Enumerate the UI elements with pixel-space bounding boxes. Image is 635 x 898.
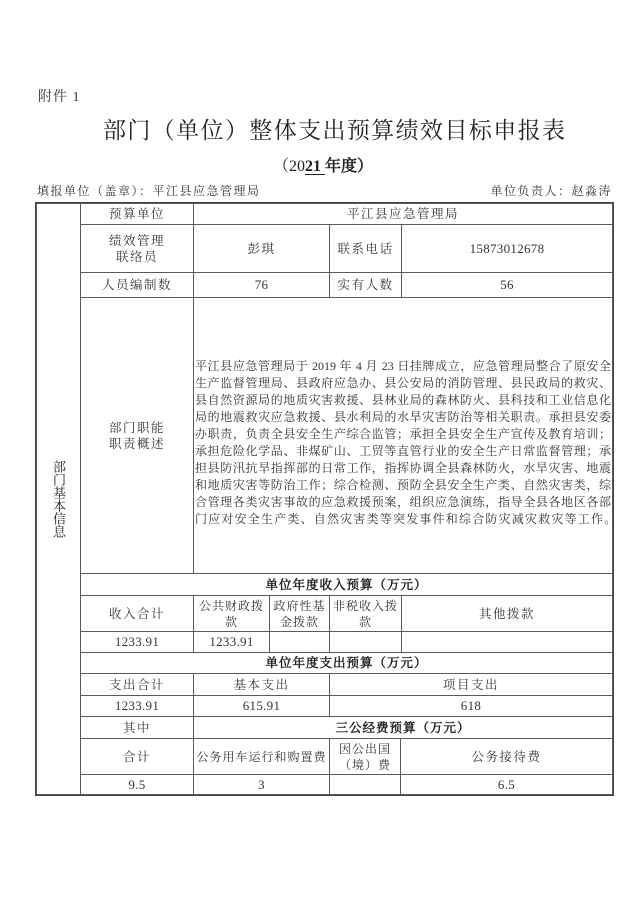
duties-description: 平江县应急管理局于 2019 年 4 月 23 日挂牌成立，应急管理局整合了原安… bbox=[195, 358, 611, 528]
three-public-section-title: 三公经费预算（万元） bbox=[193, 716, 613, 739]
income-header-gov-fund: 政府性基 金拨款 bbox=[269, 595, 330, 632]
three-public-header-vehicle: 公务用车运行和购置费 bbox=[193, 738, 330, 775]
three-public-value-reception: 6.5 bbox=[400, 774, 613, 795]
page-title: 部门（单位）整体支出预算绩效目标申报表 bbox=[103, 116, 565, 146]
year-prefix: （20 bbox=[273, 158, 305, 175]
actual-staff-value: 56 bbox=[401, 272, 613, 298]
income-header-public-finance: 公共财政拨 款 bbox=[193, 595, 270, 632]
duties-cell: 平江县应急管理局于 2019 年 4 月 23 日挂牌成立，应急管理局整合了原安… bbox=[193, 297, 613, 574]
filing-unit-value: 平江县应急管理局 bbox=[153, 184, 261, 198]
responsible-person: 单位负责人：赵淼涛 bbox=[490, 182, 612, 199]
income-header-non-tax: 非税收入拨 款 bbox=[329, 595, 402, 632]
duties-label: 部门职能 职责概述 bbox=[80, 297, 194, 574]
liaison-value: 彭琪 bbox=[193, 224, 330, 273]
year-subtitle: （2021 年度） bbox=[262, 156, 384, 178]
three-public-value-total: 9.5 bbox=[80, 774, 194, 795]
three-public-value-vehicle: 3 bbox=[193, 774, 330, 795]
income-value-total: 1233.91 bbox=[80, 631, 194, 653]
duties-line: 承担危险化学品、非煤矿山、工贸等直管行业的安全生产日常监督管理；承 bbox=[195, 443, 611, 460]
budget-unit-value: 平江县应急管理局 bbox=[193, 203, 613, 225]
year-underlined: 21 bbox=[305, 158, 325, 175]
liaison-label: 绩效管理 联络员 bbox=[80, 224, 194, 273]
income-value-public-finance: 1233.91 bbox=[193, 631, 270, 653]
income-header-other: 其他拨款 bbox=[401, 595, 613, 632]
phone-value: 15873012678 bbox=[401, 224, 613, 273]
staff-quota-label: 人员编制数 bbox=[80, 272, 194, 298]
expense-value-total: 1233.91 bbox=[80, 695, 194, 717]
expense-header-basic: 基本支出 bbox=[193, 673, 330, 696]
duties-line: 平江县应急管理局于 2019 年 4 月 23 日挂牌成立，应急管理局整合了原安… bbox=[195, 358, 611, 375]
responsible-value: 赵淼涛 bbox=[571, 184, 612, 198]
duties-line: 办职责，负责全县安全生产综合监管；承担全县安全生产宣传及教育培训； bbox=[195, 426, 611, 443]
income-section-title: 单位年度收入预算（万元） bbox=[80, 573, 613, 596]
three-public-header-overseas: 因公出国 （境）费 bbox=[329, 738, 401, 775]
duties-line: 生产监督管理局、县政府应急办、县公安局的消防管理、县民政局的救灾、 bbox=[195, 375, 611, 392]
section-label-cell: 部门基本信息 bbox=[36, 203, 81, 795]
responsible-label: 单位负责人： bbox=[490, 184, 571, 198]
expense-header-total: 支出合计 bbox=[80, 673, 194, 696]
income-header-total: 收入合计 bbox=[80, 595, 194, 632]
expense-value-project: 618 bbox=[329, 695, 613, 717]
duties-line: 局的地震救灾应急救援、县水利局的水旱灾害防治等相关职责。承担县安委 bbox=[195, 409, 611, 426]
budget-unit-label: 预算单位 bbox=[80, 203, 194, 225]
expense-header-project: 项目支出 bbox=[329, 673, 613, 696]
phone-label: 联系电话 bbox=[329, 224, 402, 273]
income-value-gov-fund bbox=[269, 631, 330, 653]
three-public-value-overseas bbox=[329, 774, 401, 795]
year-tail: 年度） bbox=[325, 158, 373, 175]
duties-line: 和地质灾害等防治工作；综合检测、预防全县安全生产类、自然灾害类，综 bbox=[195, 477, 611, 494]
staff-quota-value: 76 bbox=[193, 272, 330, 298]
duties-line: 县自然资源局的地质灾害救援、县林业局的森林防火、县科技和工业信息化 bbox=[195, 392, 611, 409]
income-value-other bbox=[401, 631, 613, 653]
duties-line: 担县防汛抗旱指挥部的日常工作，指挥协调全县森林防火，水旱灾害、地震 bbox=[195, 460, 611, 477]
filing-unit-label: 填报单位（盖章）： bbox=[37, 184, 153, 198]
filing-unit: 填报单位（盖章）：平江县应急管理局 bbox=[37, 182, 261, 199]
duties-line: 合管理各类灾害事故的应急救援预案，组织应急演练，指导全县各地区各部 bbox=[195, 494, 611, 511]
expense-section-title: 单位年度支出预算（万元） bbox=[80, 652, 613, 674]
duties-line: 门应对安全生产类、自然灾害类等突发事件和综合防灾减灾救灾等工作。 bbox=[195, 511, 611, 528]
actual-staff-label: 实有人数 bbox=[329, 272, 402, 298]
of-which-label: 其中 bbox=[80, 716, 194, 739]
three-public-header-total: 合计 bbox=[80, 738, 194, 775]
expense-value-basic: 615.91 bbox=[193, 695, 330, 717]
attachment-label: 附件 1 bbox=[38, 86, 81, 106]
section-label: 部门基本信息 bbox=[52, 460, 65, 538]
three-public-header-reception: 公务接待费 bbox=[400, 738, 613, 775]
income-value-non-tax bbox=[329, 631, 402, 653]
